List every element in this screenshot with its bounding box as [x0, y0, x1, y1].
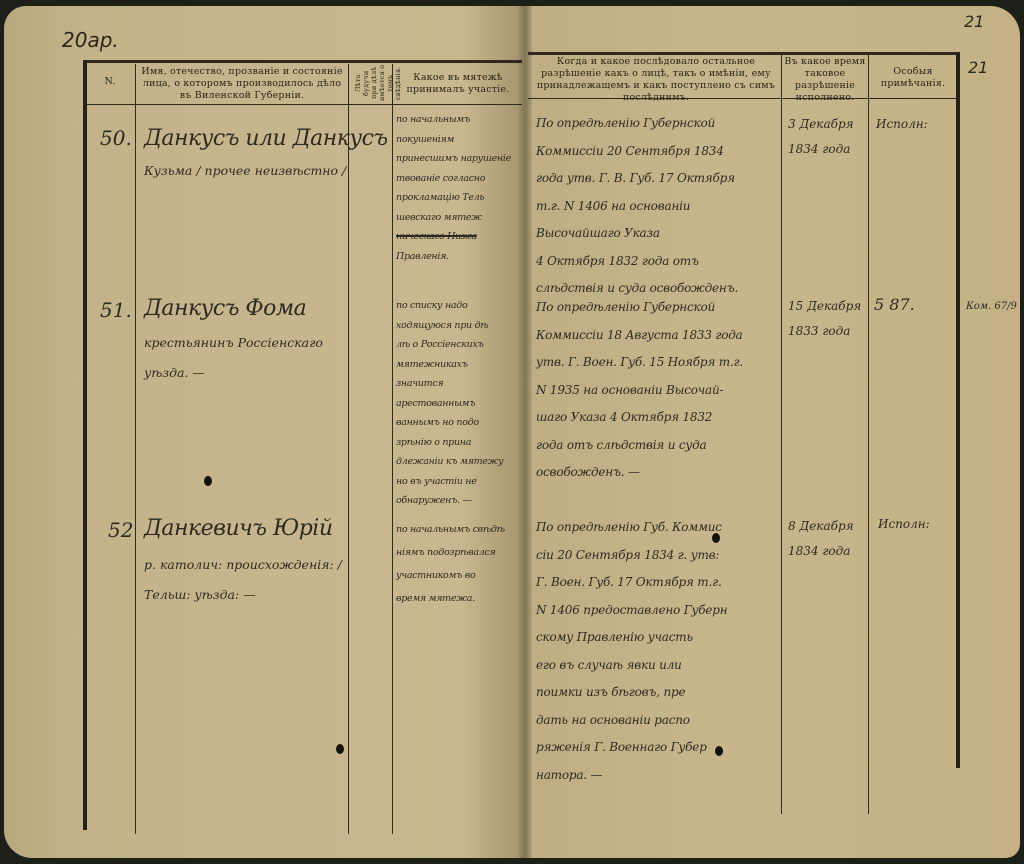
- right-page: 21 21 Когда и какое послѣдовало остально…: [528, 6, 1020, 858]
- row-52-notes: Исполн:: [878, 512, 930, 537]
- row-51-number: 51.: [100, 298, 132, 322]
- folio-number-right: 21: [964, 12, 984, 31]
- header-notes: Особыя примѣчанія.: [871, 66, 955, 90]
- row-52-number: 52: [108, 518, 133, 542]
- header-name: Имя, отечество, прозваніе и состояніе ли…: [140, 66, 344, 102]
- folio-number-left: 20ар.: [62, 28, 119, 52]
- row-50-participation: по начальнымъ покушеніям принесшимъ нару…: [396, 110, 522, 266]
- header-participation: Какое въ мятежѣ принималъ участіе.: [396, 72, 520, 96]
- col-divider-vertical: [392, 64, 393, 834]
- row-52-status: р. католич: происхожденія: / Тельш: уѣзд…: [144, 550, 342, 610]
- col-divider-number: [135, 64, 136, 834]
- folio-margin-number: 21: [968, 58, 988, 77]
- row-51-status: крестьянинъ Россіенскаго уѣзда. —: [144, 328, 323, 388]
- header-top-rule: [528, 52, 958, 55]
- header-top-rule: [84, 60, 522, 63]
- left-page: 20ар. N. Имя, отечество, прозваніе и сос…: [4, 6, 522, 858]
- row-50-resolution: По опредѣленію Губернской Коммиссіи 20 С…: [536, 110, 784, 303]
- row-52-name: Данкевичъ Юрій: [144, 516, 333, 541]
- header-execution-time: Въ какое время таковое разрѣшеніе исполн…: [784, 56, 866, 104]
- paper-hole: [712, 533, 720, 543]
- row-51-name: Данкусъ Фома: [144, 296, 306, 321]
- row-50-notes: Исполн:: [876, 112, 928, 137]
- paper-hole: [336, 744, 344, 754]
- paper-hole: [715, 746, 723, 756]
- col-divider-name: [348, 64, 349, 834]
- header-number: N.: [88, 76, 132, 88]
- row-51-notes: 5 87.: [874, 292, 915, 317]
- row-50-name: Данкусъ или Данкусъ: [144, 126, 388, 151]
- row-52-resolution: По опредѣленію Губ. Коммис сіи 20 Сентяб…: [536, 514, 784, 789]
- row-51-participation: по списку надо ходящуюся при дѣ лѣ о Рос…: [396, 296, 522, 511]
- header-vertical-note: Лѣта будучи при дѣлѣ имѣется о томъ свѣд…: [354, 64, 388, 102]
- row-50-status: Кузьма / прочее неизвѣстно /: [144, 156, 346, 186]
- row-51-margin-note: Ком. 67/9: [966, 294, 1017, 319]
- header-bottom-rule: [84, 104, 522, 105]
- header-resolution: Когда и какое послѣдовало остальное разр…: [532, 56, 780, 104]
- row-50-execution-time: 3 Декабря 1834 года: [788, 112, 854, 162]
- paper-hole: [204, 476, 212, 486]
- right-border-rule: [956, 52, 960, 768]
- col-divider-time: [868, 54, 869, 814]
- row-51-execution-time: 15 Декабря 1833 года: [788, 294, 861, 344]
- ledger-spread: 20ар. N. Имя, отечество, прозваніе и сос…: [4, 6, 1020, 858]
- row-51-resolution: По опредѣленію Губернской Коммиссіи 18 А…: [536, 294, 784, 487]
- left-border-rule: [83, 60, 87, 830]
- row-50-number: 50.: [100, 126, 132, 150]
- row-52-execution-time: 8 Декабря 1834 года: [788, 514, 854, 564]
- row-52-participation: по начальнымъ свѣдѣ ніямъ подозрѣвался у…: [396, 518, 522, 610]
